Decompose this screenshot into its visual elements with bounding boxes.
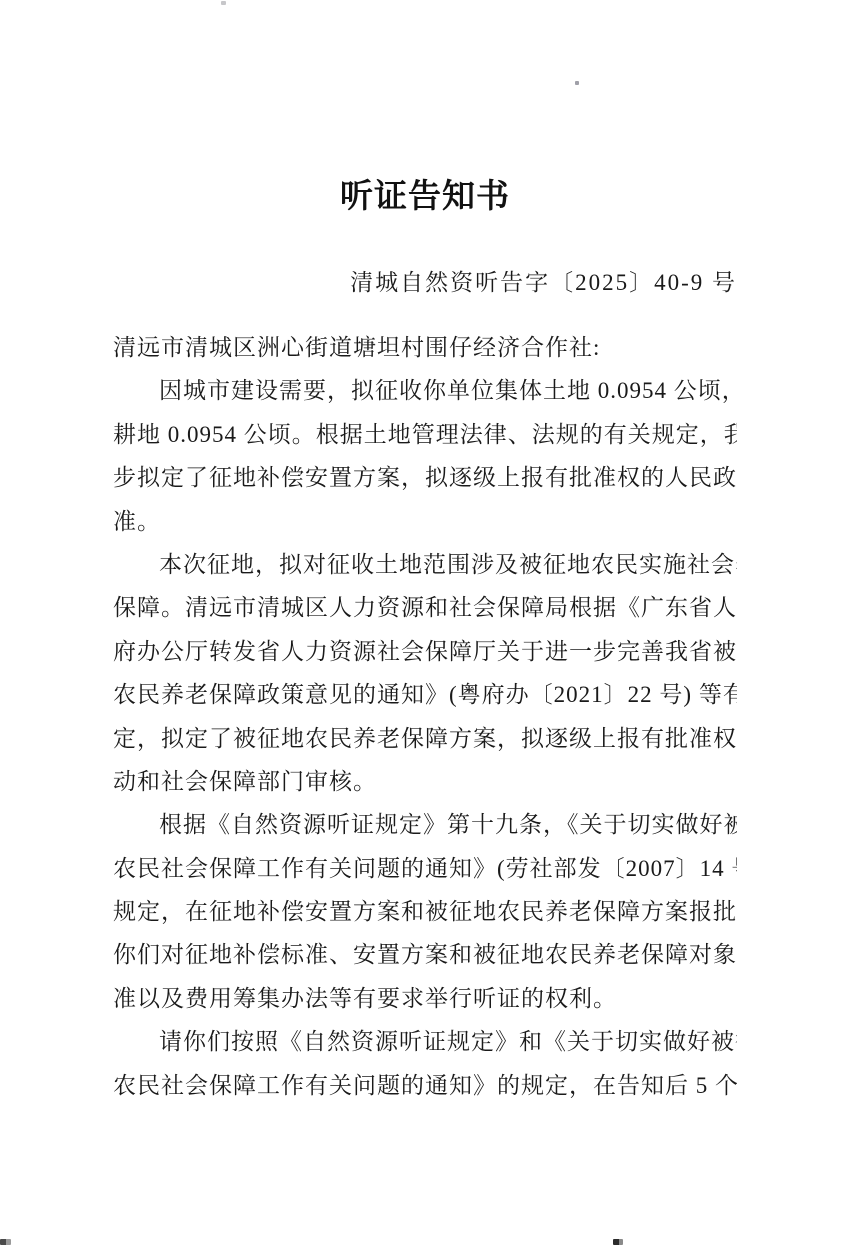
document-line: 农民社会保障工作有关问题的通知》(劳社部发〔2007〕14 号) 的 [113, 847, 737, 890]
document-line: 农民社会保障工作有关问题的通知》的规定，在告知后 5 个工作 [113, 1064, 737, 1107]
document-line: 动和社会保障部门审核。 [113, 760, 737, 803]
document-line: 规定，在征地补偿安置方案和被征地农民养老保障方案报批之前， [113, 890, 737, 933]
document-line: 农民养老保障政策意见的通知》(粤府办〔2021〕22 号) 等有关规 [113, 673, 737, 716]
document-line: 因城市建设需要，拟征收你单位集体土地 0.0954 公顷，其中 [113, 369, 737, 412]
document-line: 耕地 0.0954 公顷。根据土地管理法律、法规的有关规定，我局初 [113, 413, 737, 456]
document-line: 保障。清远市清城区人力资源和社会保障局根据《广东省人民政 [113, 586, 737, 629]
scan-artifact [0, 1239, 11, 1245]
document-line: 请你们按照《自然资源听证规定》和《关于切实做好被征地 [113, 1020, 737, 1063]
document-line: 准。 [113, 500, 737, 543]
document-line: 本次征地，拟对征收土地范围涉及被征地农民实施社会养老 [113, 543, 737, 586]
scan-artifact [221, 1, 226, 5]
document-line: 定，拟定了被征地农民养老保障方案，拟逐级上报有批准权的劳 [113, 717, 737, 760]
document-body: 清远市清城区洲心街道塘坦村围仔经济合作社:因城市建设需要，拟征收你单位集体土地 … [113, 326, 737, 1107]
page-title: 听证告知书 [0, 176, 850, 216]
document-line: 根据《自然资源听证规定》第十九条，《关于切实做好被征地 [113, 803, 737, 846]
scanned-document-page: 听证告知书 清城自然资听告字〔2025〕40-9 号 清远市清城区洲心街道塘坦村… [0, 0, 850, 1248]
document-line: 府办公厅转发省人力资源社会保障厅关于进一步完善我省被征地 [113, 630, 737, 673]
scan-artifact [613, 1239, 623, 1245]
document-line: 步拟定了征地补偿安置方案，拟逐级上报有批准权的人民政府批 [113, 456, 737, 499]
scan-artifact [575, 81, 579, 85]
document-line: 清远市清城区洲心街道塘坦村围仔经济合作社: [113, 326, 737, 369]
document-line: 准以及费用筹集办法等有要求举行听证的权利。 [113, 977, 737, 1020]
document-reference-number: 清城自然资听告字〔2025〕40-9 号 [350, 267, 737, 299]
document-line: 你们对征地补偿标准、安置方案和被征地农民养老保障对象、标 [113, 933, 737, 976]
